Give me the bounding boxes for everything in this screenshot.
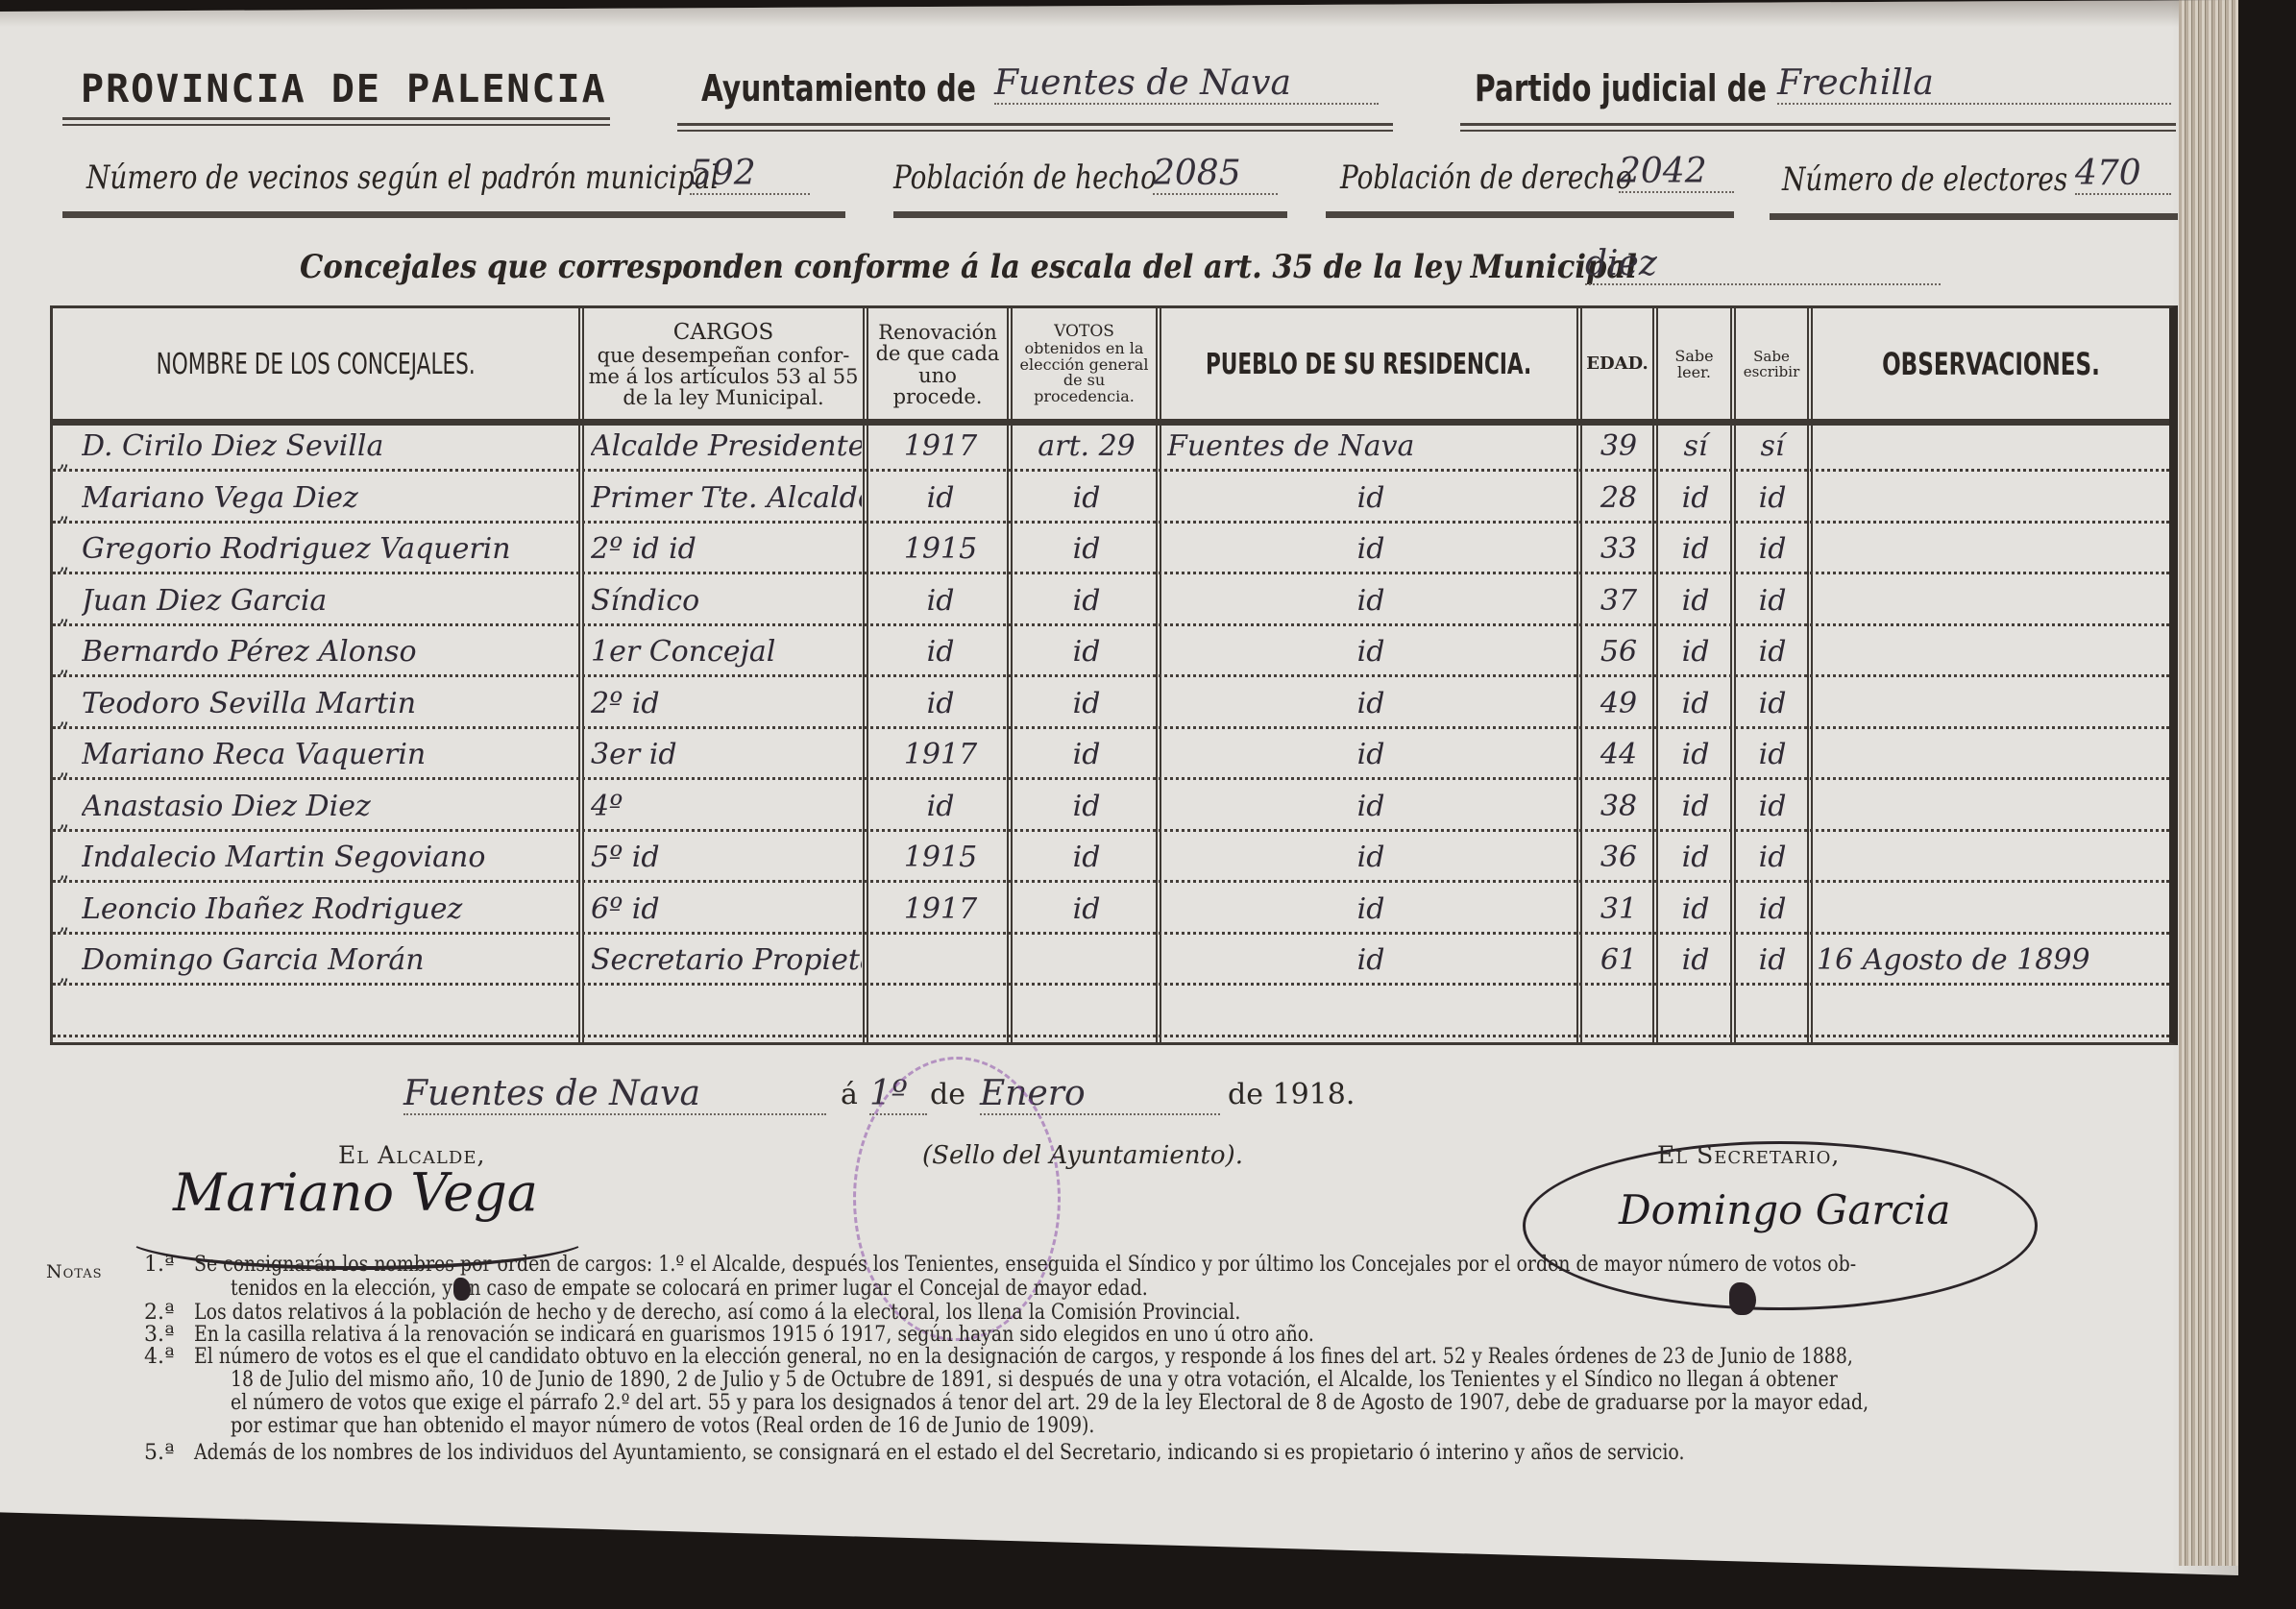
electores-label: Número de electores [1782,160,2067,199]
column-header-renovacion: Renovación de que cada uno procede. [868,308,1007,421]
cell-edad: 31 [1586,892,1651,931]
cell-votos: id [1019,841,1154,879]
cell-leer: id [1663,481,1728,520]
cell-nombre: Leoncio Ibañez Rodriguez [82,892,572,931]
cell-escribir: id [1740,584,1805,622]
partido-label: Partido judicial de [1475,67,1767,110]
cell-obs [1817,892,2167,931]
cell-votos: id [1019,687,1154,725]
cell-escribir: id [1740,738,1805,776]
province-title: PROVINCIA DE PALENCIA [81,67,607,111]
cell-cargo: Alcalde Presidente [591,429,862,468]
cell-leer: id [1663,943,1728,982]
cell-escribir: id [1740,481,1805,520]
date-year: de 1918. [1228,1078,1355,1111]
cell-edad: 36 [1586,841,1651,879]
cell-pueblo: id [1167,584,1575,622]
cell-nombre: D. Cirilo Diez Sevilla [82,429,572,468]
divider [62,117,610,126]
cell-edad: 37 [1586,584,1651,622]
cell-cargo: 2º id [591,687,862,725]
cell-obs [1817,790,2167,828]
cell-renovacion: 1915 [875,841,1006,879]
ayuntamiento-value: Fuentes de Nava [994,63,1379,105]
column-header-observaciones: OBSERVACIONES. [1813,308,2168,421]
concejales-value: diez [1585,244,1941,285]
row-rule [53,932,2169,935]
row-rule [53,777,2169,780]
row-rule [53,1035,2169,1037]
note-1-num: 1.ª [144,1253,174,1277]
table-row: „Domingo Garcia MoránSecretario Propieta… [53,938,2169,986]
cell-leer: id [1663,687,1728,725]
cell-renovacion: id [875,481,1006,520]
cell-cargo: 4º [591,790,862,828]
cell-nombre: Gregorio Rodriguez Vaquerin [82,532,572,571]
row-rule [53,983,2169,986]
cell-renovacion [875,943,1006,982]
notes-heading: Notas [46,1260,103,1284]
concejales-table: NOMBRE DE LOS CONCEJALES. CARGOS que des… [50,305,2178,1045]
note-4-num: 4.ª [144,1345,174,1369]
cell-votos: id [1019,584,1154,622]
cell-renovacion: 1915 [875,532,1006,571]
cell-leer: id [1663,892,1728,931]
cell-leer: sí [1663,429,1728,468]
note-2-num: 2.ª [144,1301,174,1325]
cell-votos: id [1019,790,1154,828]
cell-pueblo: id [1167,687,1575,725]
column-header-edad: EDAD. [1582,308,1652,421]
note-4-line-1: El número de votos es el que el candidat… [194,1345,1853,1369]
note-4-line-3: el número de votos que exige el párrafo … [231,1391,1869,1415]
cell-cargo: Secretario Propietario [591,943,862,982]
cell-renovacion: 1917 [875,892,1006,931]
note-4-line-2: 18 de Julio del mismo año, 10 de Junio d… [231,1368,1838,1392]
cell-obs [1817,481,2167,520]
hecho-value: 2085 [1153,154,1278,195]
cell-cargo: Primer Tte. Alcalde [591,481,862,520]
column-header-leer: Sabe leer. [1658,308,1730,421]
cell-edad: 56 [1586,635,1651,673]
cell-pueblo [1167,995,1575,1034]
cell-obs [1817,584,2167,622]
cell-nombre [82,995,572,1034]
divider [677,123,1393,132]
cell-renovacion: id [875,790,1006,828]
cell-renovacion [875,995,1006,1034]
cell-edad: 33 [1586,532,1651,571]
cell-nombre: Indalecio Martin Segoviano [82,841,572,879]
table-row [53,989,2169,1037]
column-header-escribir: Sabe escribir [1736,308,1807,421]
cell-votos [1019,943,1154,982]
cell-votos: id [1019,892,1154,931]
ink-blot [453,1278,471,1301]
cell-obs [1817,995,2167,1034]
cell-obs [1817,841,2167,879]
cell-leer: id [1663,532,1728,571]
cell-cargo: 2º id id [591,532,862,571]
electores-value: 470 [2075,154,2171,195]
cell-pueblo: id [1167,841,1575,879]
cell-obs: 16 Agosto de 1899 [1817,943,2167,982]
cell-renovacion: id [875,584,1006,622]
divider [1460,123,2176,132]
note-1-line-1: Se consignarán los nombres por orden de … [194,1253,1856,1277]
cell-cargo: Síndico [591,584,862,622]
note-5-line-1: Además de los nombres de los individuos … [194,1441,1685,1465]
cell-nombre: Mariano Reca Vaquerin [82,738,572,776]
document-page: PROVINCIA DE PALENCIA Ayuntamiento de Fu… [0,0,2238,1575]
cell-leer: id [1663,584,1728,622]
cell-votos: art. 29 [1019,429,1154,468]
note-2-line-1: Los datos relativos á la población de he… [194,1301,1240,1325]
column-header-cargos: CARGOS que desempeñan confor- me á los a… [584,308,863,421]
cell-edad: 39 [1586,429,1651,468]
note-3-num: 3.ª [144,1323,174,1347]
row-rule [53,674,2169,677]
vecinos-label: Número de vecinos según el padrón munici… [86,158,719,197]
cell-escribir: id [1740,532,1805,571]
cell-escribir: id [1740,635,1805,673]
cell-edad: 28 [1586,481,1651,520]
ayuntamiento-label: Ayuntamiento de [701,67,976,110]
row-rule [53,829,2169,832]
cell-nombre: Mariano Vega Diez [82,481,572,520]
vecinos-value: 592 [690,154,810,195]
cell-renovacion: 1917 [875,429,1006,468]
cell-escribir: id [1740,687,1805,725]
table-row: „Juan Diez GarciaSíndicoididid37idid [53,578,2169,626]
cell-pueblo: id [1167,943,1575,982]
note-1-line-2: tenidos en la elección, y en caso de emp… [231,1277,1148,1301]
sello-label: (Sello del Ayuntamiento). [922,1141,1243,1170]
hecho-label: Población de hecho [893,158,1157,197]
divider [1770,213,2178,220]
cell-pueblo: id [1167,635,1575,673]
note-4-line-4: por estimar que han obtenido el mayor nú… [231,1414,1094,1438]
column-header-votos: VOTOS obtenidos en la elección general d… [1013,308,1156,421]
table-row: „Indalecio Martin Segoviano5º id1915idid… [53,835,2169,883]
cell-nombre: Juan Diez Garcia [82,584,572,622]
derecho-label: Población de derecho [1340,158,1632,197]
table-row: „Gregorio Rodriguez Vaquerin2º id id1915… [53,526,2169,574]
cell-pueblo: id [1167,481,1575,520]
cell-edad: 38 [1586,790,1651,828]
row-rule [53,572,2169,574]
table-row: „D. Cirilo Diez SevillaAlcalde President… [53,424,2169,472]
table-row: „Mariano Vega DiezPrimer Tte. Alcaldeidi… [53,475,2169,524]
cell-renovacion: id [875,687,1006,725]
table-row: „Bernardo Pérez Alonso1er Concejalididid… [53,629,2169,677]
cell-cargo: 3er id [591,738,862,776]
cell-nombre: Domingo Garcia Morán [82,943,572,982]
row-rule [53,623,2169,626]
cell-leer: id [1663,790,1728,828]
cell-cargo: 5º id [591,841,862,879]
cell-renovacion: id [875,635,1006,673]
secretario-signature: Domingo Garcia [1619,1186,1950,1233]
cell-cargo: 1er Concejal [591,635,862,673]
date-place: Fuentes de Nava [403,1074,826,1115]
cell-pueblo: id [1167,532,1575,571]
cell-escribir [1740,995,1805,1034]
cell-leer: id [1663,841,1728,879]
table-row: „Anastasio Diez Diez4ºididid38idid [53,784,2169,832]
divider [1326,211,1734,218]
date-a: á [841,1078,858,1111]
cell-cargo: 6º id [591,892,862,931]
book-page-edges [2179,0,2238,1566]
cell-pueblo: Fuentes de Nava [1167,429,1575,468]
note-3-line-1: En la casilla relativa á la renovación s… [194,1323,1314,1347]
cell-leer: id [1663,635,1728,673]
cell-leer: id [1663,738,1728,776]
column-header-nombre: NOMBRE DE LOS CONCEJALES. [53,308,578,421]
partido-value: Frechilla [1777,63,2171,105]
cell-nombre: Bernardo Pérez Alonso [82,635,572,673]
cell-nombre: Anastasio Diez Diez [82,790,572,828]
cell-votos [1019,995,1154,1034]
cell-edad [1586,995,1651,1034]
row-rule [53,880,2169,883]
cell-obs [1817,687,2167,725]
cell-pueblo: id [1167,738,1575,776]
concejales-label: Concejales que corresponden conforme á l… [300,248,1637,286]
row-rule [53,469,2169,472]
cell-escribir: sí [1740,429,1805,468]
cell-votos: id [1019,532,1154,571]
cell-nombre: Teodoro Sevilla Martin [82,687,572,725]
divider [62,211,845,218]
cell-cargo [591,995,862,1034]
cell-edad: 61 [1586,943,1651,982]
cell-pueblo: id [1167,892,1575,931]
cell-escribir: id [1740,841,1805,879]
row-rule [53,726,2169,729]
cell-renovacion: 1917 [875,738,1006,776]
cell-obs [1817,532,2167,571]
note-5-num: 5.ª [144,1441,174,1465]
table-row: „Mariano Reca Vaquerin3er id1917idid44id… [53,732,2169,780]
cell-escribir: id [1740,943,1805,982]
cell-votos: id [1019,738,1154,776]
column-header-pueblo: PUEBLO DE SU RESIDENCIA. [1161,308,1576,421]
ink-blot [1729,1282,1756,1315]
cell-edad: 49 [1586,687,1651,725]
divider [893,211,1287,218]
cell-edad: 44 [1586,738,1651,776]
cell-obs [1817,635,2167,673]
cell-escribir: id [1740,892,1805,931]
cell-escribir: id [1740,790,1805,828]
cell-pueblo: id [1167,790,1575,828]
cell-votos: id [1019,481,1154,520]
cell-leer [1663,995,1728,1034]
table-row: „Teodoro Sevilla Martin2º idididid49idid [53,681,2169,729]
table-row: „Leoncio Ibañez Rodriguez6º id1917idid31… [53,887,2169,935]
cell-obs [1817,738,2167,776]
row-rule [53,521,2169,524]
cell-votos: id [1019,635,1154,673]
cell-obs [1817,429,2167,468]
derecho-value: 2042 [1619,152,1734,193]
